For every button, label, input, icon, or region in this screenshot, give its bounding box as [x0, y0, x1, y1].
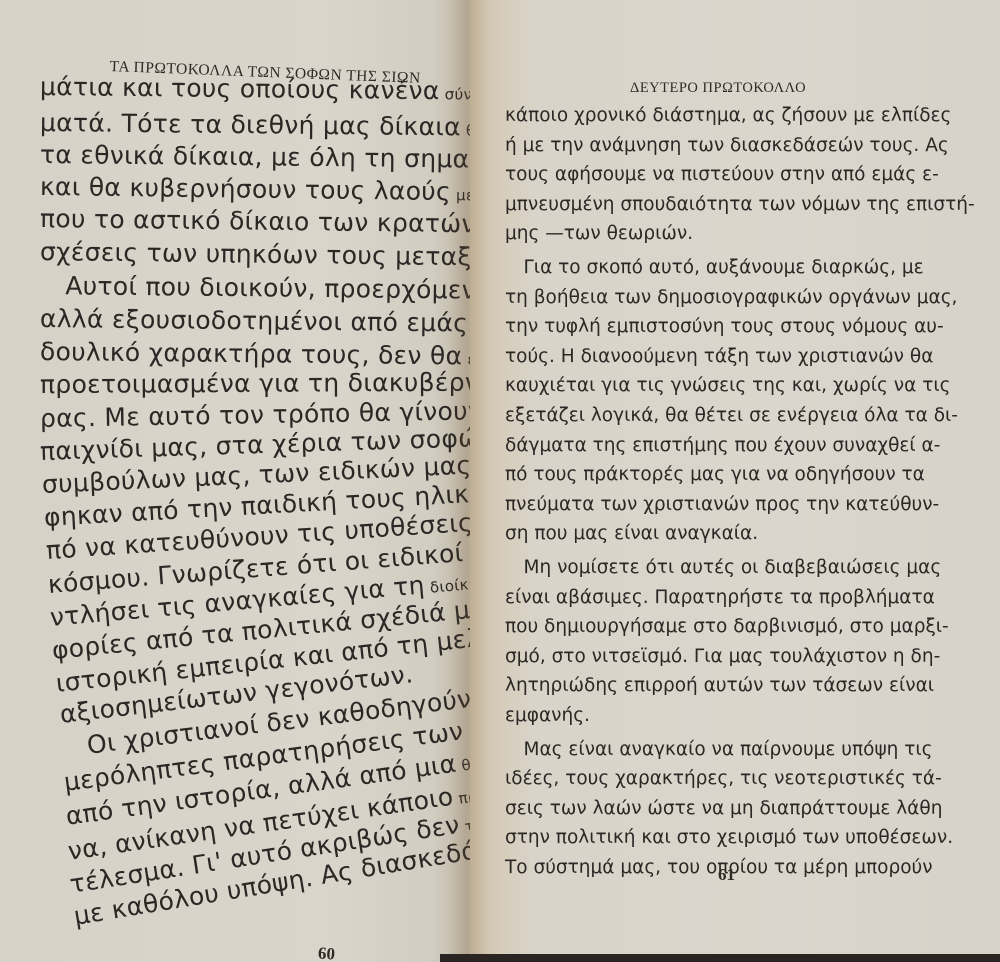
open-book-spread: ΤΑ ΠΡΩΤΟΚΟΛΛΑ ΤΩΝ ΣΟΦΩΝ ΤΗΣ ΣΙΩΝ μάτια κ… — [0, 0, 1000, 962]
line-tail-text: διοίκηση πληρο- — [424, 568, 470, 597]
right-text-line: την τυφλή εμπιστοσύνη τους στους νόμους … — [505, 316, 944, 337]
line-tail-text: σύνορο δεν στα — [440, 85, 470, 104]
line-main-text: προετοιμασμένα για τη διακυβέρνηση — [40, 367, 470, 399]
right-text-line: ση που μας είναι αναγκαία. — [505, 523, 758, 544]
left-text-line: προετοιμασμένα για τη διακυβέρνηση της χ… — [40, 367, 470, 399]
left-text-line: δουλικό χαρακτήρα τους, δεν θα είναι πρό… — [40, 337, 470, 372]
right-text-line: Για το σκοπό αυτό, αυξάνουμε διαρκώς, με — [505, 257, 924, 278]
right-text-line: στην πολιτική και στο χειρισμό των υποθέ… — [505, 827, 953, 848]
right-text-line: πνεύματα των χριστιανών προς την κατεύθυ… — [505, 494, 939, 515]
left-text-line: σχέσεις των υπηκόων τους μεταξύ τους. — [40, 237, 470, 272]
left-page-number: 60 — [317, 943, 335, 962]
right-text-line: ιδέες, τους χαρακτήρες, τις νεοτεριστικέ… — [505, 768, 942, 789]
line-main-text: τα εθνικά δίκαια, με όλη τη σημασία — [40, 140, 470, 174]
right-text-line: σεις των λαών ώστε να μη διαπράττουμε λά… — [505, 798, 942, 819]
right-text-line: που δημιουργήσαμε στο δαρβινισμό, στο μα… — [505, 616, 949, 637]
right-page: ΔΕΥΤΕΡΟ ΠΡΩΤΟΚΟΛΛΟ κάποιο χρονικό διάστη… — [470, 0, 1000, 962]
left-page: ΤΑ ΠΡΩΤΟΚΟΛΛΑ ΤΩΝ ΣΟΦΩΝ ΤΗΣ ΣΙΩΝ μάτια κ… — [0, 0, 470, 962]
line-main-text: και θα κυβερνήσουν τους λαούς — [40, 172, 451, 206]
line-main-text: Αυτοί που διοικούν, προερχόμενοι — [40, 271, 470, 305]
right-text-line: Μη νομίσετε ότι αυτές οι διαβεβαιώσεις μ… — [505, 557, 941, 578]
left-text-line: Αυτοί που διοικούν, προερχόμενοι από το … — [40, 271, 470, 306]
table-edge — [440, 954, 1000, 962]
right-text-line: λητηριώδης επιρροή αυτών των τάσεων είνα… — [505, 675, 934, 696]
left-text-line: μάτια και τους οποίους κανένα σύνορο δεν… — [40, 72, 470, 107]
right-text-line: τη βοήθεια των δημοσιογραφικών οργάνων μ… — [505, 287, 957, 308]
right-text-line: μπνευσμένη σπουδαιότητα των νόμων της επ… — [505, 194, 975, 215]
line-main-text: σχέσεις των υπηκόων τους μεταξύ — [40, 237, 470, 271]
right-text-line: εξετάζει λογικά, θα θέτει σε ενέργεια όλ… — [505, 405, 958, 426]
line-main-text: μάτια και τους οποίους κανένα — [40, 72, 440, 105]
right-text-line: τους αφήσουμε να πιστεύουν στην από εμάς… — [505, 164, 939, 185]
right-text-line: μης —των θεωριών. — [505, 223, 693, 244]
line-main-text: δουλικό χαρακτήρα τους, δεν θα — [40, 337, 463, 370]
left-text-line: τα εθνικά δίκαια, με όλη τη σημασία της … — [40, 140, 470, 175]
line-tail-text: θα απαλείψουν — [461, 121, 470, 140]
left-text-line: αλλά εξουσιοδοτημένοι από εμάς ανάλογα μ… — [40, 304, 470, 339]
right-text-line: είναι αβάσιμες. Παρατηρήστε τα προβλήματ… — [505, 587, 935, 608]
right-page-number: 61 — [718, 865, 735, 885]
right-text-line: Μας είναι αναγκαίο να παίρνουμε υπόψη τι… — [505, 739, 933, 760]
right-text-line: πό τους πράκτορές μας για να οδηγήσουν τ… — [505, 464, 925, 485]
right-text-line: σμό, στο νιτσεϊσμό. Για μας τουλάχιστον … — [505, 646, 940, 667]
right-text-line: καυχιέται για τις γνώσεις της και, χωρίς… — [505, 375, 950, 396]
right-text-line: κάποιο χρονικό διάστημα, ας ζήσουν με ελ… — [505, 105, 951, 126]
line-tail-text: με τον τρόπο — [451, 186, 470, 205]
right-text-line: τούς. Η διανοούμενη τάξη των χριστιανών … — [505, 346, 933, 367]
right-text-line: εμφανής. — [505, 705, 590, 726]
line-main-text: ματά. Τότε τα διεθνή μας δίκαια — [40, 108, 461, 141]
line-main-text: που το αστικό δίκαιο των κρατών — [40, 204, 470, 238]
line-main-text: αλλά εξουσιοδοτημένοι από εμάς — [40, 304, 469, 337]
right-running-head: ΔΕΥΤΕΡΟ ΠΡΩΤΟΚΟΛΛΟ — [630, 80, 806, 97]
right-text-line: ή με την ανάμνηση των διασκεδάσεών τους.… — [505, 135, 949, 156]
left-text-line: ματά. Τότε τα διεθνή μας δίκαια θα απαλε… — [40, 108, 470, 143]
left-text-line: που το αστικό δίκαιο των κρατών ρυθμίζει… — [40, 204, 470, 240]
left-text-line: και θα κυβερνήσουν τους λαούς με τον τρό… — [40, 172, 470, 207]
right-text-line: δάγματα της επιστήμης που έχουν συναχθεί… — [505, 435, 940, 456]
